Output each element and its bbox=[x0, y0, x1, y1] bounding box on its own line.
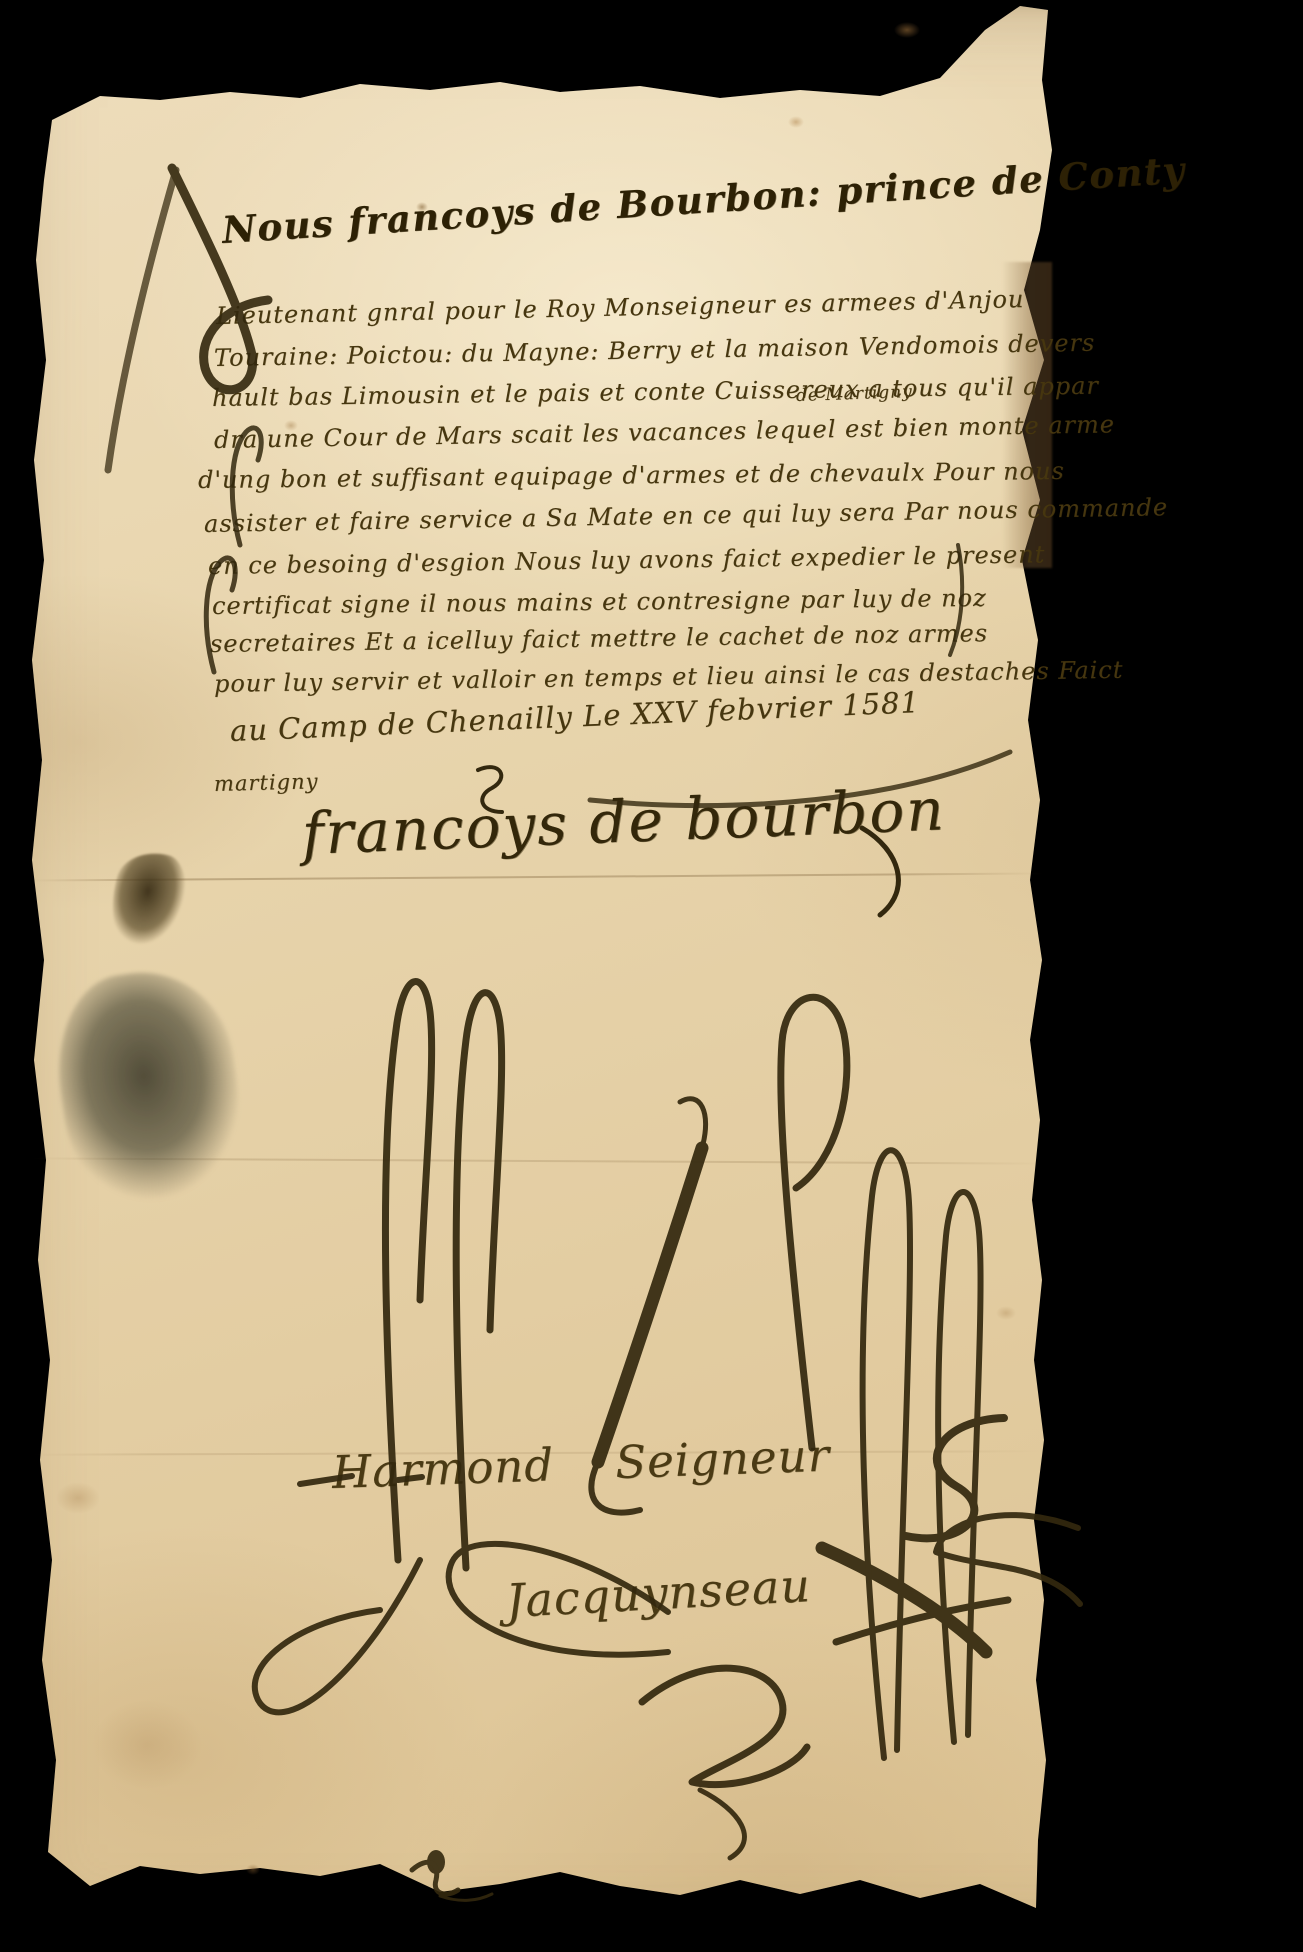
margin-ascender-strokes bbox=[206, 428, 962, 672]
heading-initial-flourish bbox=[108, 168, 268, 470]
signature-tail bbox=[862, 828, 898, 915]
manuscript-photograph: Nous francoys de Bourbon: prince de Cont… bbox=[0, 0, 1303, 1952]
countersignature-flourishes bbox=[255, 981, 1080, 1858]
dateline-underflourish bbox=[590, 752, 1010, 806]
marginal-note-paraph bbox=[478, 767, 502, 812]
pen-flourishes bbox=[0, 0, 1303, 1952]
bottom-ink-paraph bbox=[412, 1850, 492, 1900]
